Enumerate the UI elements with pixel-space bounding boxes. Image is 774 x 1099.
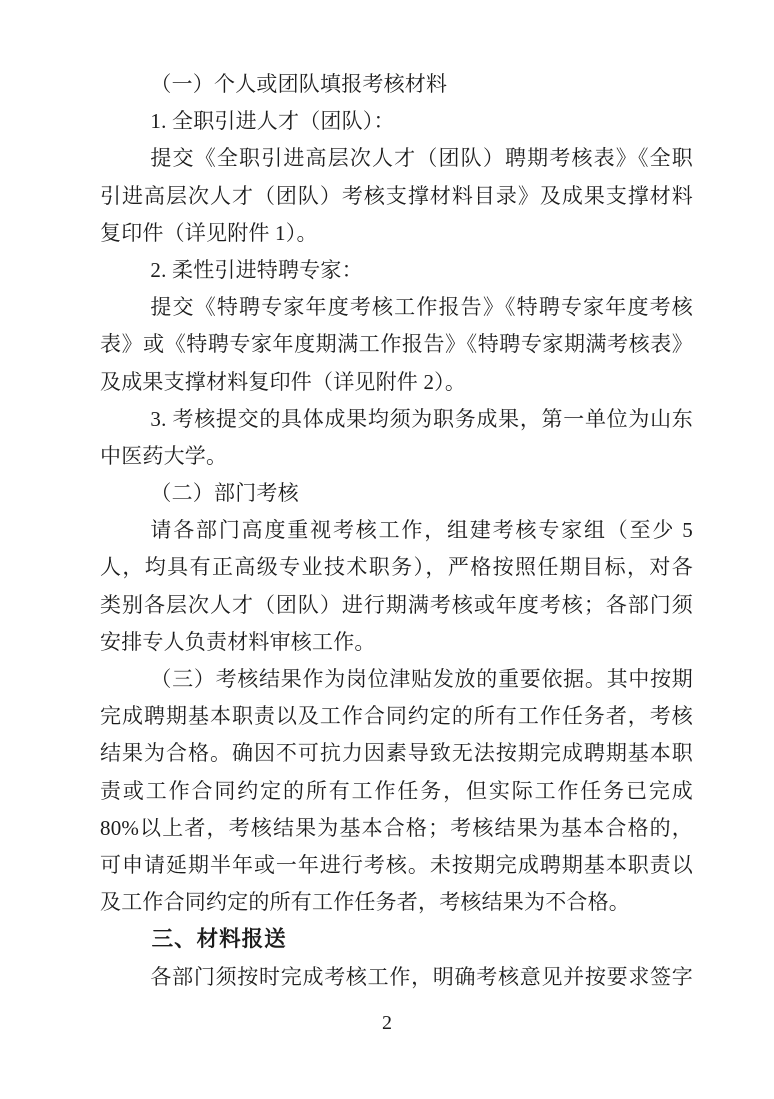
document-page: （一）个人或团队填报考核材料1. 全职引进人才（团队）：提交《全职引进高层次人才… xyxy=(0,0,774,1099)
text-line: 类别各层次人才（团队）进行期满考核或年度考核；各部门须 xyxy=(100,587,693,624)
text-line: 及成果支撑材料复印件（详见附件 2）。 xyxy=(100,364,693,401)
section-heading: 三、材料报送 xyxy=(100,921,693,958)
text-line: 完成聘期基本职责以及工作合同约定的所有工作任务者，考核 xyxy=(100,698,693,735)
text-line: （一）个人或团队填报考核材料 xyxy=(100,66,693,103)
text-line: 人，均具有正高级专业技术职务），严格按照任期目标，对各 xyxy=(100,549,693,586)
text-line: 1. 全职引进人才（团队）： xyxy=(100,103,693,140)
text-line: 引进高层次人才（团队）考核支撑材料目录》及成果支撑材料 xyxy=(100,178,693,215)
text-line: 各部门须按时完成考核工作，明确考核意见并按要求签字 xyxy=(100,959,693,996)
text-line: 3. 考核提交的具体成果均须为职务成果，第一单位为山东 xyxy=(100,401,693,438)
text-line: 中医药大学。 xyxy=(100,438,693,475)
text-line: 可申请延期半年或一年进行考核。未按期完成聘期基本职责以 xyxy=(100,847,693,884)
text-line: 2. 柔性引进特聘专家： xyxy=(100,252,693,289)
text-line: 提交《全职引进高层次人才（团队）聘期考核表》《全职 xyxy=(100,140,693,177)
text-line: 复印件（详见附件 1）。 xyxy=(100,215,693,252)
page-number: 2 xyxy=(0,1010,774,1036)
text-line: （三）考核结果作为岗位津贴发放的重要依据。其中按期 xyxy=(100,661,693,698)
text-line: 结果为合格。确因不可抗力因素导致无法按期完成聘期基本职 xyxy=(100,735,693,772)
text-line: 提交《特聘专家年度考核工作报告》《特聘专家年度考核 xyxy=(100,289,693,326)
text-line: （二）部门考核 xyxy=(100,475,693,512)
text-line: 责或工作合同约定的所有工作任务，但实际工作任务已完成 xyxy=(100,773,693,810)
text-line: 及工作合同约定的所有工作任务者，考核结果为不合格。 xyxy=(100,884,693,921)
text-line: 表》或《特聘专家年度期满工作报告》《特聘专家期满考核表》 xyxy=(100,326,693,363)
text-line: 安排专人负责材料审核工作。 xyxy=(100,624,693,661)
text-line: 80%以上者，考核结果为基本合格；考核结果为基本合格的， xyxy=(100,810,693,847)
document-body: （一）个人或团队填报考核材料1. 全职引进人才（团队）：提交《全职引进高层次人才… xyxy=(100,66,693,996)
text-line: 请各部门高度重视考核工作，组建考核专家组（至少 5 xyxy=(100,512,693,549)
